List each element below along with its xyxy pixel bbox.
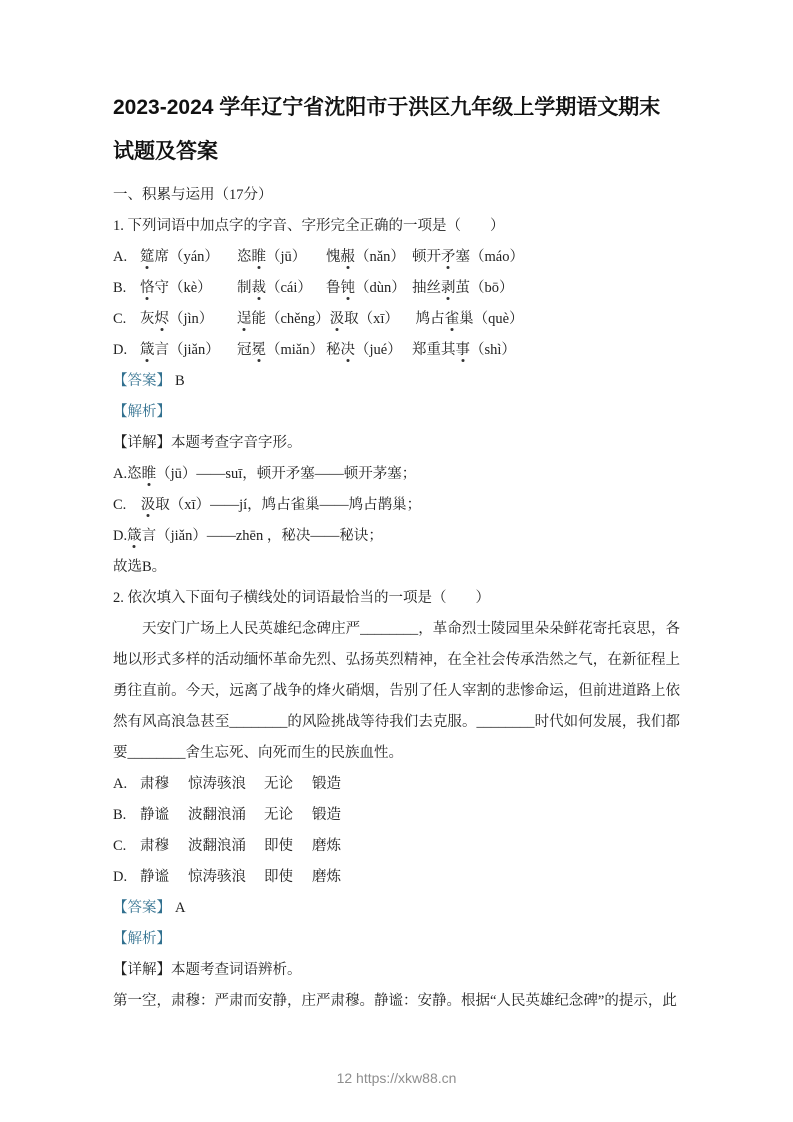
option-cell: 无论	[264, 769, 312, 800]
option-cell: 恣睢（jū）	[237, 242, 326, 273]
q1-answer-line: 【答案】B	[113, 366, 680, 397]
q1-option-c: C. 灰烬（jìn） 逞能（chěng） 汲取（xī） 鸠占雀巢（què）	[113, 304, 680, 335]
question-1-stem: 1. 下列词语中加点字的字音、字形完全正确的一项是（ ）	[113, 211, 680, 242]
q1-option-a: A. 筵席（yán） 恣睢（jū） 愧赧（nǎn） 顿开矛塞（máo）	[113, 242, 680, 273]
option-cell: 磨炼	[312, 862, 341, 893]
q2-analysis-line: 【解析】	[113, 924, 680, 955]
option-cell: 鲁钝（dùn）	[326, 273, 412, 304]
answer-label: 【答案】	[113, 373, 171, 389]
option-cell: 锻造	[312, 800, 341, 831]
option-cell: 恪守（kè）	[140, 273, 237, 304]
option-cell: 筵席（yán）	[140, 242, 237, 273]
option-label: D.	[113, 335, 140, 366]
option-cell: 波翻浪涌	[188, 831, 264, 862]
q1-option-b: B. 恪守（kè） 制裁（cái） 鲁钝（dùn） 抽丝剥茧（bō）	[113, 273, 680, 304]
option-label: B.	[113, 273, 140, 304]
option-cell: 无论	[264, 800, 312, 831]
option-cell: 静谧	[140, 862, 188, 893]
option-cell: 肃穆	[140, 769, 188, 800]
option-label: C.	[113, 304, 140, 335]
q2-option-b: B. 静谧 波翻浪涌 无论 锻造	[113, 800, 680, 831]
q1-detail-line: D.箴言（jiǎn）——zhēn ，秘决——秘诀；	[113, 521, 680, 552]
option-label: A.	[113, 242, 140, 273]
option-cell: 波翻浪涌	[188, 800, 264, 831]
option-cell: 惊涛骇浪	[188, 862, 264, 893]
option-cell: 秘决（jué）	[326, 335, 412, 366]
answer-value: A	[175, 900, 185, 916]
option-cell: 顿开矛塞（máo）	[412, 242, 524, 273]
option-cell: 愧赧（nǎn）	[326, 242, 412, 273]
option-cell: 静谧	[140, 800, 188, 831]
option-cell: 郑重其事（shì）	[412, 335, 516, 366]
option-label: C.	[113, 831, 140, 862]
footer-page-number-url: 12 https://xkw88.cn	[0, 1070, 793, 1086]
option-cell: 逞能（chěng）	[237, 304, 330, 335]
option-label: B.	[113, 800, 140, 831]
option-cell: 惊涛骇浪	[188, 769, 264, 800]
option-cell: 箴言（jiǎn）	[140, 335, 237, 366]
question-2-stem: 2. 依次填入下面句子横线处的词语最恰当的一项是（ ）	[113, 583, 680, 614]
exam-document-page: 2023-2024 学年辽宁省沈阳市于洪区九年级上学期语文期末试题及答案 一、积…	[0, 0, 793, 1122]
q2-detail-line: 第一空，肃穆：严肃而安静，庄严肃穆。静谧：安静。根据“人民英雄纪念碑”的提示，此	[113, 986, 680, 1017]
option-cell: 即使	[264, 831, 312, 862]
analysis-label: 【解析】	[113, 404, 171, 420]
q2-option-c: C. 肃穆 波翻浪涌 即使 磨炼	[113, 831, 680, 862]
q2-option-a: A. 肃穆 惊涛骇浪 无论 锻造	[113, 769, 680, 800]
q1-detail-line: A.恣睢（jū）——suī，顿开矛塞——顿开茅塞；	[113, 459, 680, 490]
option-cell: 锻造	[312, 769, 341, 800]
q2-option-d: D. 静谧 惊涛骇浪 即使 磨炼	[113, 862, 680, 893]
answer-label: 【答案】	[113, 900, 171, 916]
option-cell: 即使	[264, 862, 312, 893]
option-cell: 汲取（xī）	[330, 304, 416, 335]
option-cell: 鸠占雀巢（què）	[416, 304, 524, 335]
analysis-label: 【解析】	[113, 931, 171, 947]
option-cell: 肃穆	[140, 831, 188, 862]
q1-detail-line: 故选B。	[113, 552, 680, 583]
q2-answer-line: 【答案】A	[113, 893, 680, 924]
q1-detail-line: 【详解】本题考查字音字形。	[113, 428, 680, 459]
q1-option-d: D. 箴言（jiǎn） 冠冕（miǎn） 秘决（jué） 郑重其事（shì）	[113, 335, 680, 366]
section-heading: 一、积累与运用（17分）	[113, 180, 680, 211]
option-cell: 抽丝剥茧（bō）	[412, 273, 514, 304]
question-2-passage: 天安门广场上人民英雄纪念碑庄严________，革命烈士陵园里朵朵鲜花寄托哀思，…	[113, 614, 680, 769]
option-cell: 冠冕（miǎn）	[237, 335, 326, 366]
option-label: D.	[113, 862, 140, 893]
option-label: A.	[113, 769, 140, 800]
option-cell: 制裁（cái）	[237, 273, 326, 304]
option-cell: 磨炼	[312, 831, 341, 862]
q2-detail-line: 【详解】本题考查词语辨析。	[113, 955, 680, 986]
q1-analysis-line: 【解析】	[113, 397, 680, 428]
option-cell: 灰烬（jìn）	[140, 304, 237, 335]
page-title: 2023-2024 学年辽宁省沈阳市于洪区九年级上学期语文期末试题及答案	[113, 86, 680, 174]
answer-value: B	[175, 373, 185, 389]
q1-detail-line: C. 汲取（xī）——jí，鸠占雀巢——鸠占鹊巢；	[113, 490, 680, 521]
